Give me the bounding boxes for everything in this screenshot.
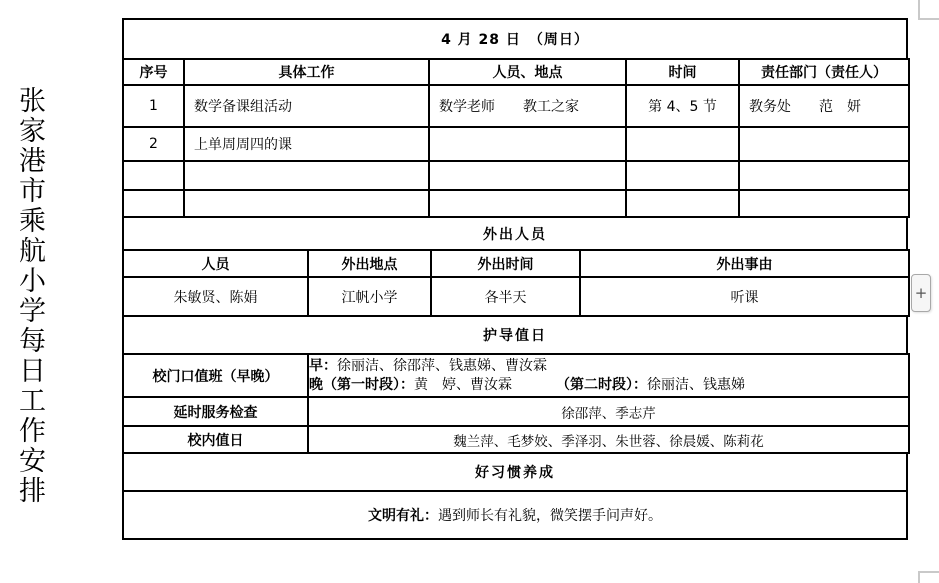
gate-duty-label: 校门口值班（早晚） (123, 354, 308, 397)
gate-evening-line: 晚（第一时段）：黄 婷、曹汝霖（第二时段）：徐丽洁、钱惠娣 (309, 376, 908, 395)
work-row-people-place (429, 127, 626, 161)
section-title-row: 好习惯养成 (123, 453, 907, 491)
habit-content: 文明有礼：遇到师长有礼貌，微笑摆手问声好。 (123, 491, 907, 539)
out-section-title-table: 外出人员 (122, 216, 908, 251)
work-row-time (626, 127, 739, 161)
scrollbar-top-corner-horizontal (918, 18, 939, 20)
work-row-no: 1 (123, 85, 184, 127)
habit-content-table: 文明有礼：遇到师长有礼貌，微笑摆手问声好。 (122, 490, 908, 540)
duty-row-gate: 校门口值班（早晚） 早：徐丽洁、徐邵萍、钱惠娣、曹汝霖 晚（第一时段）：黄 婷、… (123, 354, 909, 397)
section-title-row: 护导值日 (123, 316, 907, 354)
work-row-people-place (429, 161, 626, 190)
work-row-department (739, 190, 909, 217)
header-out-reason: 外出事由 (580, 250, 909, 277)
work-row-no (123, 161, 184, 190)
header-out-time: 外出时间 (431, 250, 580, 277)
duty-section-title: 护导值日 (123, 316, 907, 354)
work-table: 序号 具体工作 人员、地点 时间 责任部门（责任人） 1 数学备课组活动 数学老… (122, 58, 910, 218)
document-vertical-title: 张家港市乘航小学每日工作安排 (16, 86, 43, 506)
scrollbar-bottom-corner-vertical (918, 572, 920, 583)
work-row (123, 161, 909, 190)
work-row (123, 190, 909, 217)
work-row-people-place: 数学老师 教工之家 (429, 85, 626, 127)
scrollbar-bottom-corner-horizontal (918, 571, 939, 573)
out-row: 朱敏贤、陈娟 江帆小学 各半天 听课 (123, 277, 909, 316)
duty-table: 校门口值班（早晚） 早：徐丽洁、徐邵萍、钱惠娣、曹汝霖 晚（第一时段）：黄 婷、… (122, 353, 910, 454)
delay-check-names: 徐邵萍、季志芹 (308, 397, 909, 426)
header-department: 责任部门（责任人） (739, 59, 909, 85)
header-out-place: 外出地点 (308, 250, 431, 277)
work-row-no (123, 190, 184, 217)
gate-evening-label-2: （第二时段）： (556, 377, 647, 393)
work-row-no: 2 (123, 127, 184, 161)
duty-row-delay: 延时服务检查 徐邵萍、季志芹 (123, 397, 909, 426)
out-section-title: 外出人员 (123, 217, 907, 250)
work-row: 2 上单周周四的课 (123, 127, 909, 161)
habit-section-title-table: 好习惯养成 (122, 452, 908, 492)
out-table: 人员 外出地点 外出时间 外出事由 朱敏贤、陈娟 江帆小学 各半天 听课 (122, 249, 910, 317)
habit-text: 遇到师长有礼貌，微笑摆手问声好。 (438, 508, 662, 524)
work-row: 1 数学备课组活动 数学老师 教工之家 第 4、5 节 教务处 范 妍 (123, 85, 909, 127)
work-row-task: 上单周周四的课 (184, 127, 429, 161)
habit-section-title: 好习惯养成 (123, 453, 907, 491)
work-row-department (739, 161, 909, 190)
duty-section-title-table: 护导值日 (122, 315, 908, 355)
header-time: 时间 (626, 59, 739, 85)
header-no: 序号 (123, 59, 184, 85)
gate-morning-names: 徐丽洁、徐邵萍、钱惠娣、曹汝霖 (337, 358, 547, 374)
gate-evening-names-1: 黄 婷、曹汝霖 (414, 377, 512, 393)
out-row-time: 各半天 (431, 277, 580, 316)
gate-evening-names-2: 徐丽洁、钱惠娣 (647, 377, 745, 393)
date-header-row: 4 月 28 日 （周日） (123, 19, 907, 59)
work-row-task (184, 161, 429, 190)
out-table-header-row: 人员 外出地点 外出时间 外出事由 (123, 250, 909, 277)
gate-morning-label: 早： (309, 358, 337, 374)
out-row-place: 江帆小学 (308, 277, 431, 316)
campus-duty-label: 校内值日 (123, 426, 308, 453)
page: 张家港市乘航小学每日工作安排 4 月 28 日 （周日） 序号 具体工作 人员、… (0, 0, 939, 583)
habit-content-row: 文明有礼：遇到师长有礼貌，微笑摆手问声好。 (123, 491, 907, 539)
date-header-table: 4 月 28 日 （周日） (122, 18, 908, 60)
section-title-row: 外出人员 (123, 217, 907, 250)
work-row-task: 数学备课组活动 (184, 85, 429, 127)
date-header: 4 月 28 日 （周日） (123, 19, 907, 59)
out-row-people: 朱敏贤、陈娟 (123, 277, 308, 316)
work-row-time: 第 4、5 节 (626, 85, 739, 127)
gate-evening-label-1: 晚（第一时段）： (309, 377, 414, 393)
header-out-people: 人员 (123, 250, 308, 277)
header-task: 具体工作 (184, 59, 429, 85)
campus-duty-names: 魏兰萍、毛梦姣、季泽羽、朱世蓉、徐晨媛、陈莉花 (308, 426, 909, 453)
work-table-header-row: 序号 具体工作 人员、地点 时间 责任部门（责任人） (123, 59, 909, 85)
habit-label: 文明有礼： (368, 508, 438, 524)
delay-check-label: 延时服务检查 (123, 397, 308, 426)
scrollbar-top-corner-vertical (918, 0, 920, 19)
work-row-task (184, 190, 429, 217)
duty-row-campus: 校内值日 魏兰萍、毛梦姣、季泽羽、朱世蓉、徐晨媛、陈莉花 (123, 426, 909, 453)
header-people-place: 人员、地点 (429, 59, 626, 85)
plus-button[interactable]: + (911, 274, 931, 312)
gate-duty-names: 早：徐丽洁、徐邵萍、钱惠娣、曹汝霖 晚（第一时段）：黄 婷、曹汝霖（第二时段）：… (308, 354, 909, 397)
work-row-time (626, 190, 739, 217)
work-row-time (626, 161, 739, 190)
work-row-people-place (429, 190, 626, 217)
work-row-department (739, 127, 909, 161)
daily-schedule-document: 4 月 28 日 （周日） 序号 具体工作 人员、地点 时间 责任部门（责任人）… (122, 18, 908, 540)
work-row-department: 教务处 范 妍 (739, 85, 909, 127)
out-row-reason: 听课 (580, 277, 909, 316)
gate-morning-line: 早：徐丽洁、徐邵萍、钱惠娣、曹汝霖 (309, 357, 908, 376)
